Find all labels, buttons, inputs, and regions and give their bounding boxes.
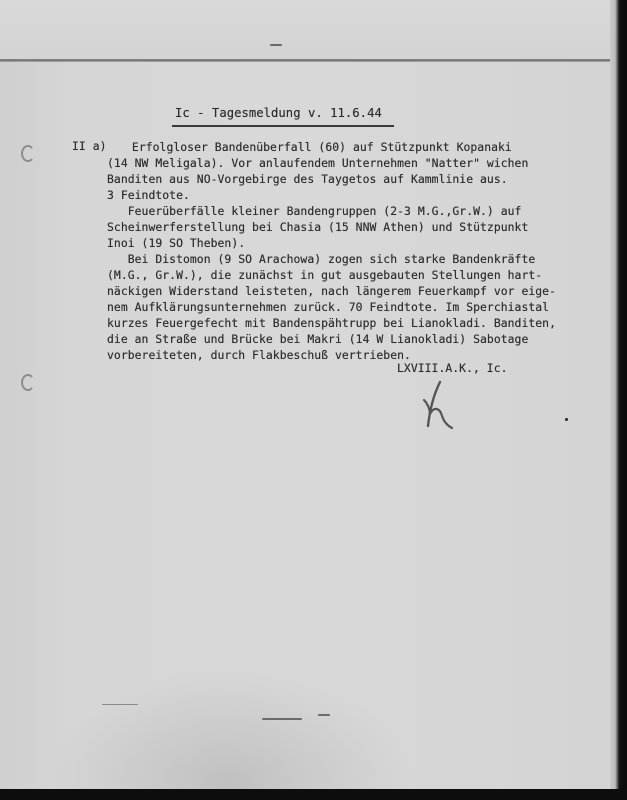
document-title: Ic - Tagesmeldung v. 11.6.44 (175, 106, 382, 120)
scan-artifact (102, 704, 138, 705)
report-line: (14 NW Meligala). Vor anlaufendem Untern… (107, 155, 528, 171)
report-line: Banditen aus NO-Vorgebirge des Taygetos … (107, 171, 508, 187)
scan-artifact (565, 418, 568, 421)
report-line: Inoi (19 SO Theben). (107, 235, 245, 251)
signature-block: LXVIII.A.K., Ic. (397, 361, 508, 375)
scan-artifact (318, 714, 330, 716)
report-line: Scheinwerferstellung bei Chasia (15 NNW … (107, 219, 528, 235)
report-line: 3 Feindtote. (107, 187, 190, 203)
report-line: Erfolgloser Bandenüberfall (60) auf Stüt… (125, 139, 512, 155)
report-line: kurzes Feuergefecht mit Bandenspähtrupp … (107, 315, 556, 331)
page-right-edge (610, 0, 627, 800)
handwritten-initial-icon (420, 380, 460, 432)
punch-hole-icon (21, 145, 35, 162)
scan-artifact (262, 718, 302, 720)
scan-artifact (270, 44, 282, 46)
punch-hole-icon (21, 374, 35, 391)
report-line: Feuerüberfälle kleiner Bandengruppen (2-… (107, 203, 521, 219)
report-line: Bei Distomon (9 SO Arachowa) zogen sich … (107, 251, 535, 267)
report-line: näckigen Widerstand leisteten, nach läng… (107, 283, 556, 299)
section-label: II a) (72, 139, 107, 153)
scanned-document: Ic - Tagesmeldung v. 11.6.44 II a) Erfol… (0, 0, 627, 800)
title-underline (172, 125, 394, 127)
report-line: (M.G., Gr.W.), die zunächst in gut ausge… (107, 267, 542, 283)
page-bottom-edge (0, 789, 627, 800)
sheet-fold-line (0, 59, 622, 62)
report-line: die an Straße und Brücke bei Makri (14 W… (107, 331, 528, 347)
back-sheet (0, 0, 622, 62)
report-line: vorbereiteten, durch Flakbeschuß vertrie… (107, 347, 411, 363)
report-line: nem Aufklärungsunternehmen zurück. 70 Fe… (107, 299, 549, 315)
